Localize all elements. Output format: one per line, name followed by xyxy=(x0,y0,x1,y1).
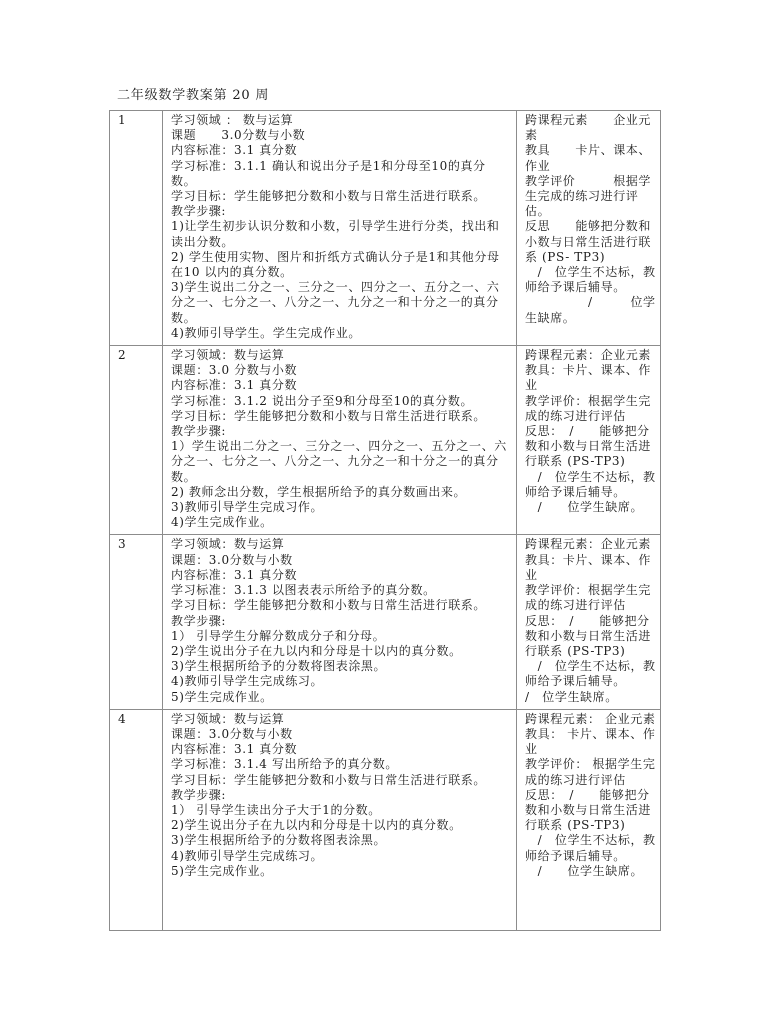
lesson-details-cell: 学习领域：数与运算 课题：3.0分数与小数 内容标准：3.1 真分数 学习标准：… xyxy=(162,710,516,930)
lesson-notes-cell: 跨课程元素 企业元素 教具 卡片、课本、作业 教学评价 根据学生完成的练习进行评… xyxy=(516,111,660,345)
document-title: 二年级数学教案第 20 周 xyxy=(117,84,269,103)
row-number: 2 xyxy=(110,346,162,534)
table-row: 3 学习领域：数与运算 课题：3.0分数与小数 内容标准：3.1 真分数 学习标… xyxy=(110,534,660,708)
table-row: 1 学习领域 ： 数与运算 课题 3.0分数与小数 内容标准：3.1 真分数 学… xyxy=(110,111,660,345)
row-number: 4 xyxy=(110,710,162,930)
lesson-details-cell: 学习领域：数与运算 课题：3.0分数与小数 内容标准：3.1 真分数 学习标准：… xyxy=(162,535,516,708)
table-row: 2 学习领域：数与运算 课题：3.0 分数与小数 内容标准：3.1 真分数 学习… xyxy=(110,345,660,534)
document-page: 二年级数学教案第 20 周 1 学习领域 ： 数与运算 课题 3.0分数与小数 … xyxy=(0,0,768,1024)
row-number: 1 xyxy=(110,111,162,345)
lesson-notes-cell: 跨课程元素：企业元素 教具：卡片、课本、作业 教学评价：根据学生完成的练习进行评… xyxy=(516,346,660,534)
row-number: 3 xyxy=(110,535,162,708)
lesson-notes-cell: 跨课程元素： 企业元素 教具： 卡片、课本、作业 教学评价： 根据学生完成的练习… xyxy=(516,710,660,930)
table-row: 4 学习领域：数与运算 课题：3.0分数与小数 内容标准：3.1 真分数 学习标… xyxy=(110,709,660,930)
lesson-details-cell: 学习领域 ： 数与运算 课题 3.0分数与小数 内容标准：3.1 真分数 学习标… xyxy=(162,111,516,345)
lesson-details-cell: 学习领域：数与运算 课题：3.0 分数与小数 内容标准：3.1 真分数 学习标准… xyxy=(162,346,516,534)
lesson-plan-table: 1 学习领域 ： 数与运算 课题 3.0分数与小数 内容标准：3.1 真分数 学… xyxy=(109,110,661,931)
lesson-notes-cell: 跨课程元素：企业元素 教具：卡片、课本、作业 教学评价：根据学生完成的练习进行评… xyxy=(516,535,660,708)
